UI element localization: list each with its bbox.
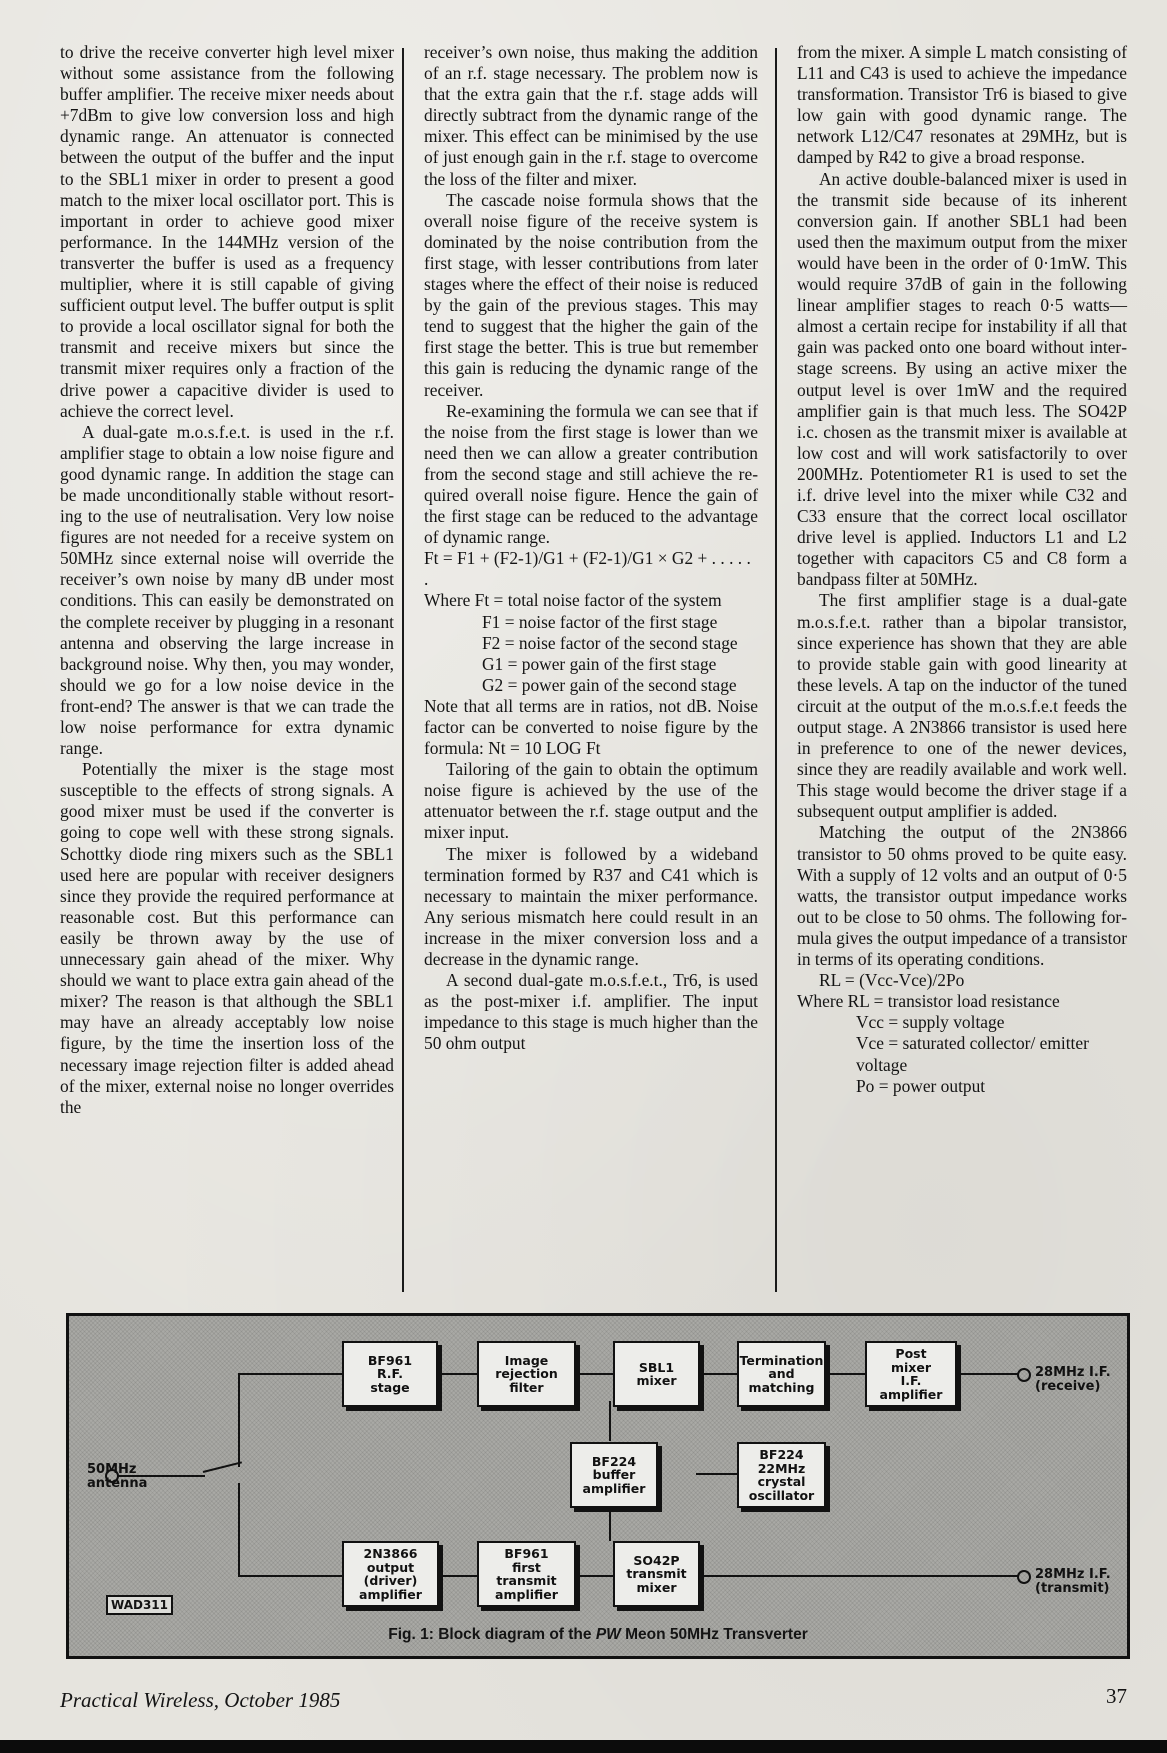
text-column-1: to drive the receive converter high leve… xyxy=(60,42,394,1118)
wire xyxy=(238,1373,342,1375)
block-sbl1-mixer: SBL1 mixer xyxy=(613,1341,700,1407)
wire xyxy=(436,1373,477,1375)
column-divider xyxy=(775,48,777,1292)
definition: Vce = saturated collector/ emitter volta… xyxy=(856,1033,1127,1075)
paragraph: Re-examining the formula we can see that… xyxy=(424,401,758,549)
page-number: 37 xyxy=(1106,1684,1127,1709)
block-termination-matching: Termination and matching xyxy=(737,1341,826,1407)
paragraph: The mixer is followed by a wideband term… xyxy=(424,844,758,971)
noise-formula: Ft = F1 + (F2-1)/G1 + (F2-1)/G1 × G2 + .… xyxy=(424,548,758,590)
definition: G1 = power gain of the first stage xyxy=(482,654,758,675)
wire xyxy=(609,1503,611,1541)
antenna-label: 50MHz antenna xyxy=(87,1463,147,1490)
wire xyxy=(609,1401,611,1441)
wire xyxy=(696,1473,737,1475)
paragraph: A second dual-gate m.o.s.f.e.t., Tr6, is… xyxy=(424,970,758,1054)
caption-italic: PW xyxy=(596,1626,621,1643)
publication-footer: Practical Wireless, October 1985 xyxy=(60,1688,340,1713)
text-column-2: receiver’s own noise, thus making the ad… xyxy=(424,42,758,1055)
figure-reference-tag: WAD311 xyxy=(106,1595,173,1615)
block-output-driver-amplifier: 2N3866 output (driver) amplifier xyxy=(342,1541,439,1607)
if-receive-label: 28MHz I.F. (receive) xyxy=(1035,1366,1111,1393)
definition: Vcc = supply voltage xyxy=(856,1012,1127,1033)
caption-prefix: Fig. 1: Block diagram of the xyxy=(388,1626,596,1643)
paragraph: Tailoring of the gain to obtain the opti… xyxy=(424,759,758,843)
paragraph: receiver’s own noise, thus making the ad… xyxy=(424,42,758,190)
wire xyxy=(238,1373,240,1467)
wire xyxy=(696,1373,737,1375)
paragraph: Matching the output of the 2N3866 transi… xyxy=(797,822,1127,970)
wire xyxy=(955,1373,1019,1375)
paragraph: An active double-balanced mixer is used … xyxy=(797,169,1127,591)
if-transmit-label: 28MHz I.F. (transmit) xyxy=(1035,1568,1111,1595)
switch-arm xyxy=(203,1461,242,1473)
definition: Po = power output xyxy=(856,1076,1127,1097)
wire xyxy=(238,1483,240,1577)
definition: G2 = power gain of the second stage xyxy=(482,675,758,696)
block-crystal-oscillator: BF224 22MHz crystal oscillator xyxy=(737,1442,826,1508)
wire xyxy=(436,1575,477,1577)
paragraph: A dual-gate m.o.s.f.e.t. is used in the … xyxy=(60,422,394,760)
block-rf-stage: BF961 R.F. stage xyxy=(342,1341,438,1407)
column-divider xyxy=(402,48,404,1292)
paragraph: Note that all terms are in ratios, not d… xyxy=(424,696,758,759)
wire xyxy=(572,1575,613,1577)
paragraph: The cascade noise formula shows that the… xyxy=(424,190,758,401)
paragraph: Potentially the mixer is the stage most … xyxy=(60,759,394,1118)
text-column-3: from the mixer. A simple L match consist… xyxy=(797,42,1127,1097)
impedance-formula: RL = (Vcc-Vce)/2Po xyxy=(797,970,1127,991)
block-image-rejection-filter: Image rejection filter xyxy=(477,1341,576,1407)
wire xyxy=(822,1373,865,1375)
block-post-mixer-if-amplifier: Post mixer I.F. amplifier xyxy=(865,1341,957,1407)
if-receive-connector-icon xyxy=(1017,1368,1031,1382)
definition: F1 = noise factor of the first stage xyxy=(482,612,758,633)
paragraph: to drive the receive converter high leve… xyxy=(60,42,394,422)
definition: F2 = noise factor of the second stage xyxy=(482,633,758,654)
block-transmit-mixer: SO42P transmit mixer xyxy=(613,1541,700,1607)
wire xyxy=(238,1575,342,1577)
wire xyxy=(572,1373,613,1375)
block-buffer-amplifier: BF224 buffer amplifier xyxy=(570,1442,658,1508)
if-transmit-connector-icon xyxy=(1017,1570,1031,1584)
paragraph: The first amplifier stage is a dual-gate… xyxy=(797,590,1127,822)
block-diagram-figure: BF961 R.F. stage Image rejection filter … xyxy=(66,1313,1130,1659)
block-first-transmit-amplifier: BF961 first transmit amplifier xyxy=(477,1541,576,1607)
definitions-lead: Where Ft = total noise factor of the sys… xyxy=(424,590,758,611)
wire xyxy=(696,1575,1019,1577)
caption-suffix: Meon 50MHz Transverter xyxy=(621,1626,808,1643)
scan-edge-bar xyxy=(0,1740,1167,1753)
paragraph: from the mixer. A simple L match consist… xyxy=(797,42,1127,169)
figure-caption: Fig. 1: Block diagram of the PW Meon 50M… xyxy=(69,1626,1127,1644)
definitions-lead: Where RL = transistor load resistance xyxy=(797,991,1127,1012)
